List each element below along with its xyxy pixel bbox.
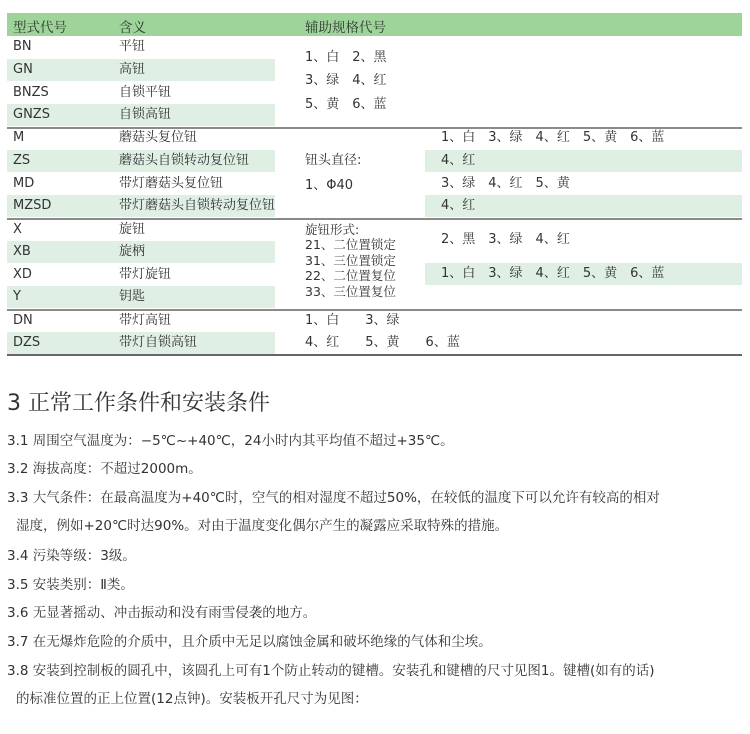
paragraph-3-3: 3.3 大气条件：在最高温度为+40℃时，空气的相对湿度不超过50%，在较低的温…	[7, 486, 660, 506]
aux-colors: 1、白 2、黑	[305, 47, 387, 69]
table-row-code: MZSD	[13, 195, 51, 217]
table-row-meaning: 带灯高钮	[119, 310, 171, 332]
paragraph-3-1: 3.1 周围空气温度为：−5℃~+40℃，24小时内其平均值不超过+35℃。	[7, 429, 454, 449]
table-row-code: GNZS	[13, 104, 50, 126]
aux-colors: 3、绿 4、红	[305, 70, 387, 92]
table-row-meaning: 带灯蘑菇头自锁转动复位钮	[119, 195, 275, 217]
table-row-code: BN	[13, 36, 32, 58]
header-model-code: 型式代号	[13, 16, 67, 36]
table-row-colors: 1、白 3、绿 4、红 5、黄 6、蓝	[441, 127, 664, 149]
aux-knob-form: 33、三位置复位	[305, 284, 396, 306]
table-row-code: X	[13, 219, 22, 241]
table-row-meaning: 蘑菇头复位钮	[119, 127, 197, 149]
paragraph-3-3-cont: 湿度，例如+20℃时达90%。对由于温度变化偶尔产生的凝露应采取特殊的措施。	[16, 514, 508, 534]
table-row-meaning: 旋钮	[119, 219, 145, 241]
paragraph-3-7: 3.7 在无爆炸危险的介质中，且介质中无足以腐蚀金属和破坏绝缘的气体和尘埃。	[7, 630, 492, 650]
paragraph-3-8: 3.8 安装到控制板的圆孔中，该圆孔上可有1个防止转动的键槽。安装孔和键槽的尺寸…	[7, 659, 654, 679]
table-row-code: Y	[13, 286, 21, 308]
table-row-meaning: 旋柄	[119, 241, 145, 263]
section-title: 3 正常工作条件和安装条件	[7, 386, 270, 417]
aux-colors: 1、白 3、绿	[305, 310, 400, 332]
divider	[7, 218, 742, 220]
table-row-code: DN	[13, 310, 33, 332]
divider	[7, 354, 742, 356]
table-row-colors: 2、黑 3、绿 4、红	[441, 229, 570, 251]
table-row-meaning: 自锁高钮	[119, 104, 171, 126]
aux-colors: 5、黄 6、蓝	[305, 94, 387, 116]
table-row-code: MD	[13, 173, 34, 195]
table-row-code: DZS	[13, 332, 40, 354]
table-row-colors: 3、绿 4、红 5、黄	[441, 173, 570, 195]
aux-diameter-value: 1、Φ40	[305, 175, 353, 197]
table-row-meaning: 平钮	[119, 36, 145, 58]
table-row-code: GN	[13, 59, 33, 81]
paragraph-3-6: 3.6 无显著摇动、冲击振动和没有雨雪侵袭的地方。	[7, 601, 316, 621]
paragraph-3-5: 3.5 安装类别：Ⅱ类。	[7, 573, 134, 593]
aux-diameter-title: 钮头直径:	[305, 150, 361, 172]
table-row-meaning: 自锁平钮	[119, 82, 171, 104]
table-row-code: BNZS	[13, 82, 49, 104]
header-aux-spec: 辅助规格代号	[305, 16, 386, 36]
aux-colors: 4、红 5、黄 6、蓝	[305, 332, 460, 354]
table-row-meaning: 带灯旋钮	[119, 264, 171, 286]
table-row-meaning: 高钮	[119, 59, 145, 81]
header-meaning: 含义	[119, 16, 146, 36]
table-row-code: ZS	[13, 150, 30, 172]
table-row-colors: 1、白 3、绿 4、红 5、黄 6、蓝	[441, 263, 664, 285]
table-row-meaning: 带灯蘑菇头复位钮	[119, 173, 223, 195]
table-row-code: XB	[13, 241, 31, 263]
table-row-meaning: 蘑菇头自锁转动复位钮	[119, 150, 249, 172]
table-row-meaning: 带灯自锁高钮	[119, 332, 197, 354]
table-row-colors: 4、红	[441, 195, 475, 217]
paragraph-3-8-cont: 的标准位置的正上位置(12点钟)。安装板开孔尺寸为见图：	[16, 687, 368, 707]
table-row-colors: 4、红	[441, 150, 475, 172]
paragraph-3-2: 3.2 海拔高度：不超过2000m。	[7, 457, 202, 477]
table-header: 型式代号 含义 辅助规格代号	[7, 13, 742, 36]
table-row-code: M	[13, 127, 24, 149]
table-row-code: XD	[13, 264, 32, 286]
paragraph-3-4: 3.4 污染等级：3级。	[7, 544, 136, 564]
table-row-meaning: 钥匙	[119, 286, 145, 308]
